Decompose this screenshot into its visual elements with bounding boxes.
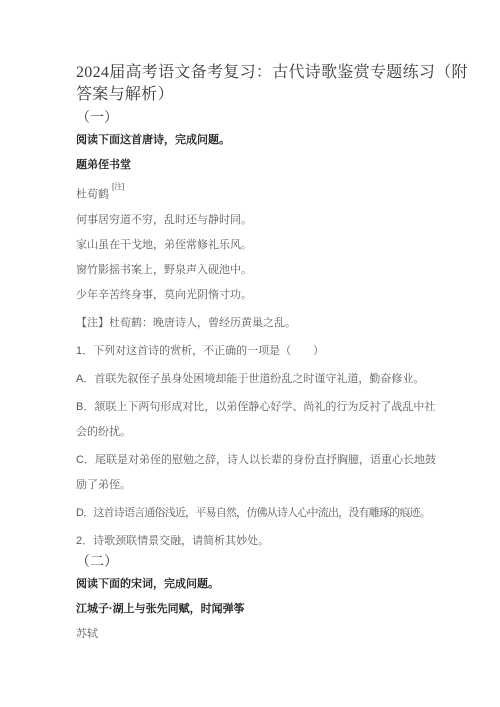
section-one-instruction: 阅读下面这首唐诗，完成问题。 [76,128,438,153]
ci-author: 苏轼 [76,622,438,647]
poem-line: 窗竹影摇书案上，野泉声入砚池中。 [76,258,438,283]
poem-author-name: 杜荀鹤 [76,189,109,201]
author-note-marker: [注] [112,182,124,191]
document-page: 2024届高考语文备考复习：古代诗歌鉴赏专题练习（附答案与解析） （一） 阅读下… [0,0,500,707]
question-1-option-a: A．首联先叙侄子虽身处困境却能于世道纷乱之时谨守礼道，勤奋修业。 [76,367,438,392]
question-1-option-c: C．尾联是对弟侄的慰勉之辞，诗人以长辈的身份直抒胸臆，语重心长地鼓励了弟侄。 [76,448,438,498]
document-content: 2024届高考语文备考复习：古代诗歌鉴赏专题练习（附答案与解析） （一） 阅读下… [0,0,438,647]
ci-title: 江城子·湖上与张先同赋，时闻弹筝 [76,597,438,622]
poem-line: 何事居穷道不穷，乱时还与静时同。 [76,208,438,233]
poem-author: 杜荀鹤[注] [76,178,438,208]
question-1-option-b: B．颔联上下两句形成对比，以弟侄静心好学、尚礼的行为反衬了战乱中社会的纷扰。 [76,395,438,445]
question-2: 2．诗歌颈联情景交融，请简析其妙处。 [76,529,438,554]
poem-line: 家山虽在干戈地，弟侄常修礼乐风。 [76,233,438,258]
poem-line: 少年辛苦终身事，莫向光阴惰寸功。 [76,283,438,308]
poem-title: 题弟侄书堂 [76,153,438,178]
section-one-marker: （一） [76,110,438,128]
section-two-marker: （二） [76,554,438,572]
question-1: 1．下列对这首诗的赏析，不正确的一项是（ ） [76,339,438,364]
question-1-option-d: D．这首诗语言通俗浅近，平易自然，仿佛从诗人心中流出，没有雕琢的痕迹。 [76,501,438,526]
poem-footnote: 【注】杜荀鹤：晚唐诗人，曾经历黄巢之乱。 [76,311,438,336]
doc-title: 2024届高考语文备考复习：古代诗歌鉴赏专题练习（附答案与解析） [76,62,476,106]
section-two-instruction: 阅读下面的宋词，完成问题。 [76,572,438,597]
